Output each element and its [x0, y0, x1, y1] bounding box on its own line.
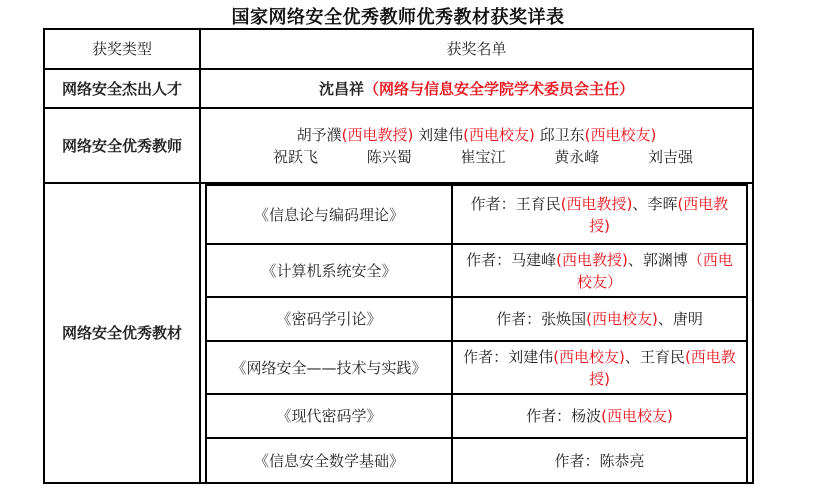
book-authors: 作者：刘建伟(西电校友)、王育民(西电教授) — [452, 341, 747, 394]
book-title: 《网络安全——技术与实践》 — [206, 341, 452, 394]
teacher-winners: 胡予濮(西电教授) 刘建伟(西电校友) 邱卫东(西电校友) 祝跃飞 陈兴蜀 崔宝… — [200, 108, 753, 183]
table-row-textbooks: 网络安全优秀教材 《信息论与编码理论》 作者：王育民(西电教授)、李晖(西电教授… — [44, 183, 753, 483]
book-authors: 作者：马建峰(西电教授)、郭渊博（西电校友） — [452, 244, 747, 297]
teacher-name: 邱卫东 — [540, 126, 585, 144]
book-authors: 作者：张焕国(西电校友)、唐明 — [452, 297, 747, 341]
book-title: 《密码学引论》 — [206, 297, 452, 341]
talent-winner: 沈昌祥（网络与信息安全学院学术委员会主任） — [200, 69, 753, 108]
awards-table: 获奖类型 获奖名单 网络安全杰出人才 沈昌祥（网络与信息安全学院学术委员会主任）… — [43, 28, 754, 484]
winner-note: （网络与信息安全学院学术委员会主任） — [364, 80, 634, 98]
book-title: 《计算机系统安全》 — [206, 244, 452, 297]
book-authors: 作者：杨波(西电校友) — [452, 394, 747, 438]
teacher-note: (西电校友) — [463, 126, 535, 144]
author-note: (西电校友) — [601, 407, 673, 425]
author-note: (西电校友) — [586, 310, 658, 328]
teacher-line-2: 祝跃飞 陈兴蜀 崔宝江 黄永峰 刘吉强 — [205, 146, 748, 168]
author-separator: 、 — [632, 195, 647, 213]
author-note: (西电教授) — [556, 251, 628, 269]
teacher-line-1: 胡予濮(西电教授) 刘建伟(西电校友) 邱卫东(西电校友) — [205, 124, 748, 146]
author-prefix: 作者： — [496, 310, 541, 328]
teacher-note: (西电教授) — [342, 126, 414, 144]
author-name: 李晖 — [647, 195, 677, 213]
author-note: (西电教授) — [561, 195, 633, 213]
author-separator: 、 — [625, 348, 640, 366]
teacher-name: 陈兴蜀 — [367, 146, 412, 168]
page-title: 国家网络安全优秀教师优秀教材获奖详表 — [0, 3, 796, 29]
book-authors: 作者：陈恭亮 — [452, 438, 747, 482]
winner-name: 沈昌祥 — [319, 80, 364, 98]
book-title: 《信息安全数学基础》 — [206, 438, 452, 482]
textbook-row: 《计算机系统安全》 作者：马建峰(西电教授)、郭渊博（西电校友） — [206, 244, 747, 297]
book-authors: 作者：王育民(西电教授)、李晖(西电教授) — [452, 185, 747, 244]
book-title: 《信息论与编码理论》 — [206, 185, 452, 244]
author-name: 郭渊博 — [643, 251, 688, 269]
award-type-teachers: 网络安全优秀教师 — [44, 108, 200, 183]
textbook-row: 《密码学引论》 作者：张焕国(西电校友)、唐明 — [206, 297, 747, 341]
teacher-name: 刘吉强 — [648, 146, 693, 168]
author-separator: 、 — [628, 251, 643, 269]
textbook-row: 《网络安全——技术与实践》 作者：刘建伟(西电校友)、王育民(西电教授) — [206, 341, 747, 394]
author-prefix: 作者： — [463, 348, 508, 366]
author-separator: 、 — [658, 310, 673, 328]
teacher-name: 崔宝江 — [460, 146, 505, 168]
header-award-names: 获奖名单 — [200, 29, 753, 69]
textbook-list: 《信息论与编码理论》 作者：王育民(西电教授)、李晖(西电教授) 《计算机系统安… — [200, 183, 753, 483]
teacher-name: 祝跃飞 — [273, 146, 318, 168]
author-name: 王育民 — [640, 348, 685, 366]
table-row-teachers: 网络安全优秀教师 胡予濮(西电教授) 刘建伟(西电校友) 邱卫东(西电校友) 祝… — [44, 108, 753, 183]
author-prefix: 作者： — [466, 251, 511, 269]
teacher-name: 胡予濮 — [297, 126, 342, 144]
author-name: 张焕国 — [541, 310, 586, 328]
author-name: 陈恭亮 — [600, 452, 645, 470]
author-name: 杨波 — [571, 407, 601, 425]
author-name: 刘建伟 — [508, 348, 553, 366]
author-prefix: 作者： — [526, 407, 571, 425]
teacher-name: 黄永峰 — [554, 146, 599, 168]
author-name: 马建峰 — [511, 251, 556, 269]
teacher-note: (西电校友) — [585, 126, 657, 144]
author-name: 王育民 — [516, 195, 561, 213]
textbook-row: 《信息安全数学基础》 作者：陈恭亮 — [206, 438, 747, 482]
table-header-row: 获奖类型 获奖名单 — [44, 29, 753, 69]
teacher-name: 刘建伟 — [418, 126, 463, 144]
award-type-textbooks: 网络安全优秀教材 — [44, 183, 200, 483]
award-type-talent: 网络安全杰出人才 — [44, 69, 200, 108]
author-name: 唐明 — [673, 310, 703, 328]
textbook-row: 《现代密码学》 作者：杨波(西电校友) — [206, 394, 747, 438]
table-row-talent: 网络安全杰出人才 沈昌祥（网络与信息安全学院学术委员会主任） — [44, 69, 753, 108]
author-prefix: 作者： — [554, 452, 599, 470]
book-title: 《现代密码学》 — [206, 394, 452, 438]
textbook-table: 《信息论与编码理论》 作者：王育民(西电教授)、李晖(西电教授) 《计算机系统安… — [205, 184, 748, 482]
author-prefix: 作者： — [471, 195, 516, 213]
author-note: (西电校友) — [553, 348, 625, 366]
header-award-type: 获奖类型 — [44, 29, 200, 69]
textbook-row: 《信息论与编码理论》 作者：王育民(西电教授)、李晖(西电教授) — [206, 185, 747, 244]
